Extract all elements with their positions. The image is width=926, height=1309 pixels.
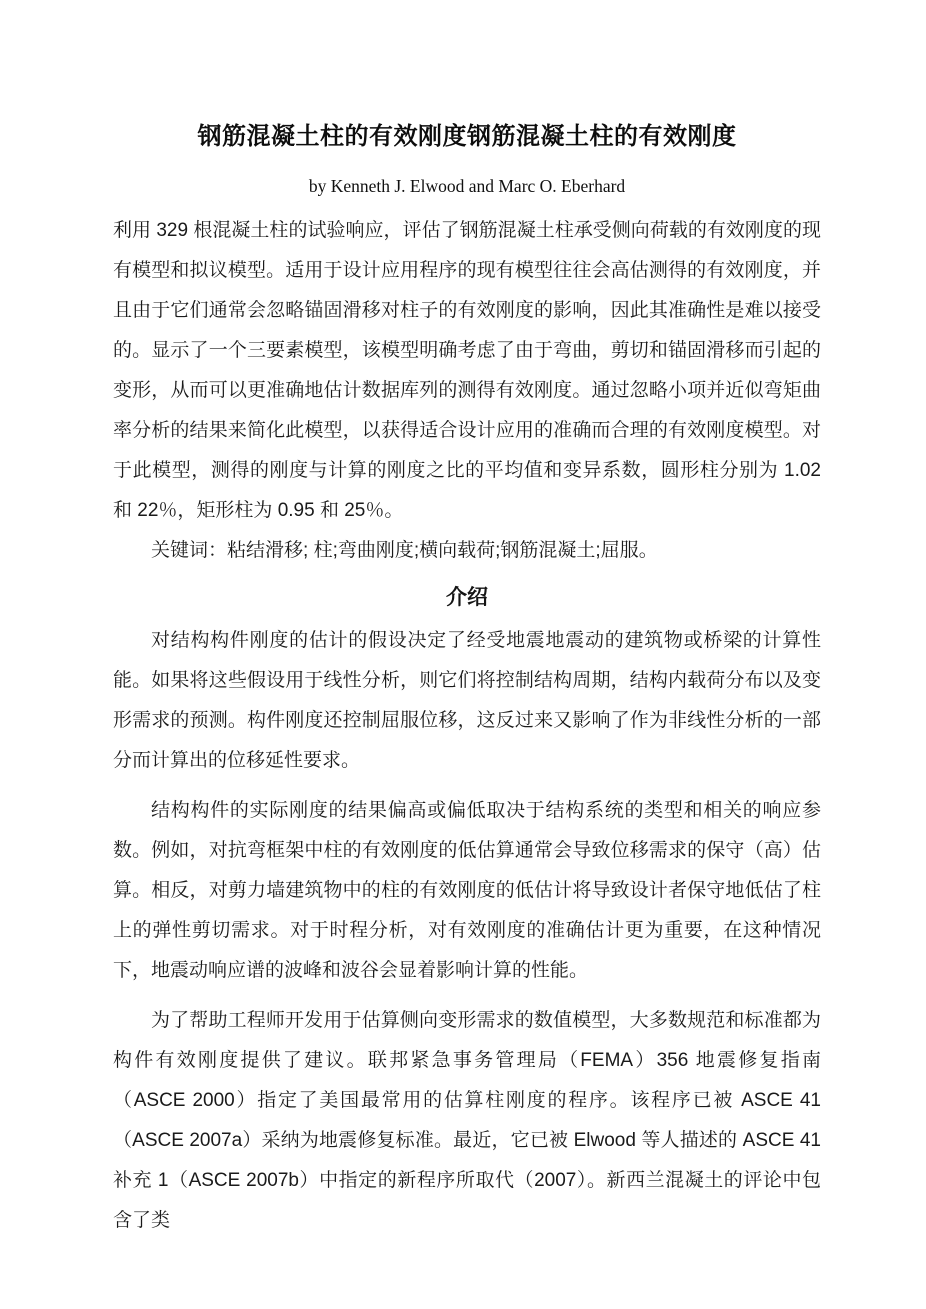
byline: by Kenneth J. Elwood and Marc O. Eberhar…	[113, 174, 821, 198]
section-heading-introduction: 介绍	[113, 581, 821, 615]
intro-paragraph-3: 为了帮助工程师开发用于估算侧向变形需求的数值模型，大多数规范和标准都为构件有效刚…	[113, 1001, 821, 1241]
page-title: 钢筋混凝土柱的有效刚度钢筋混凝土柱的有效刚度	[113, 121, 821, 153]
keywords-list: 粘结滑移; 柱;弯曲刚度;横向载荷;钢筋混凝土;屈服。	[227, 540, 658, 561]
keywords-label: 关键词：	[151, 540, 227, 561]
abstract-paragraph: 利用 329 根混凝土柱的试验响应，评估了钢筋混凝土柱承受侧向荷载的有效刚度的现…	[113, 211, 821, 531]
document-page: 钢筋混凝土柱的有效刚度钢筋混凝土柱的有效刚度 by Kenneth J. Elw…	[0, 0, 926, 1309]
intro-paragraph-2: 结构构件的实际刚度的结果偏高或偏低取决于结构系统的类型和相关的响应参数。例如，对…	[113, 791, 821, 991]
keywords-line: 关键词：粘结滑移; 柱;弯曲刚度;横向载荷;钢筋混凝土;屈服。	[113, 531, 821, 571]
intro-paragraph-1: 对结构构件刚度的估计的假设决定了经受地震地震动的建筑物或桥梁的计算性能。如果将这…	[113, 621, 821, 781]
